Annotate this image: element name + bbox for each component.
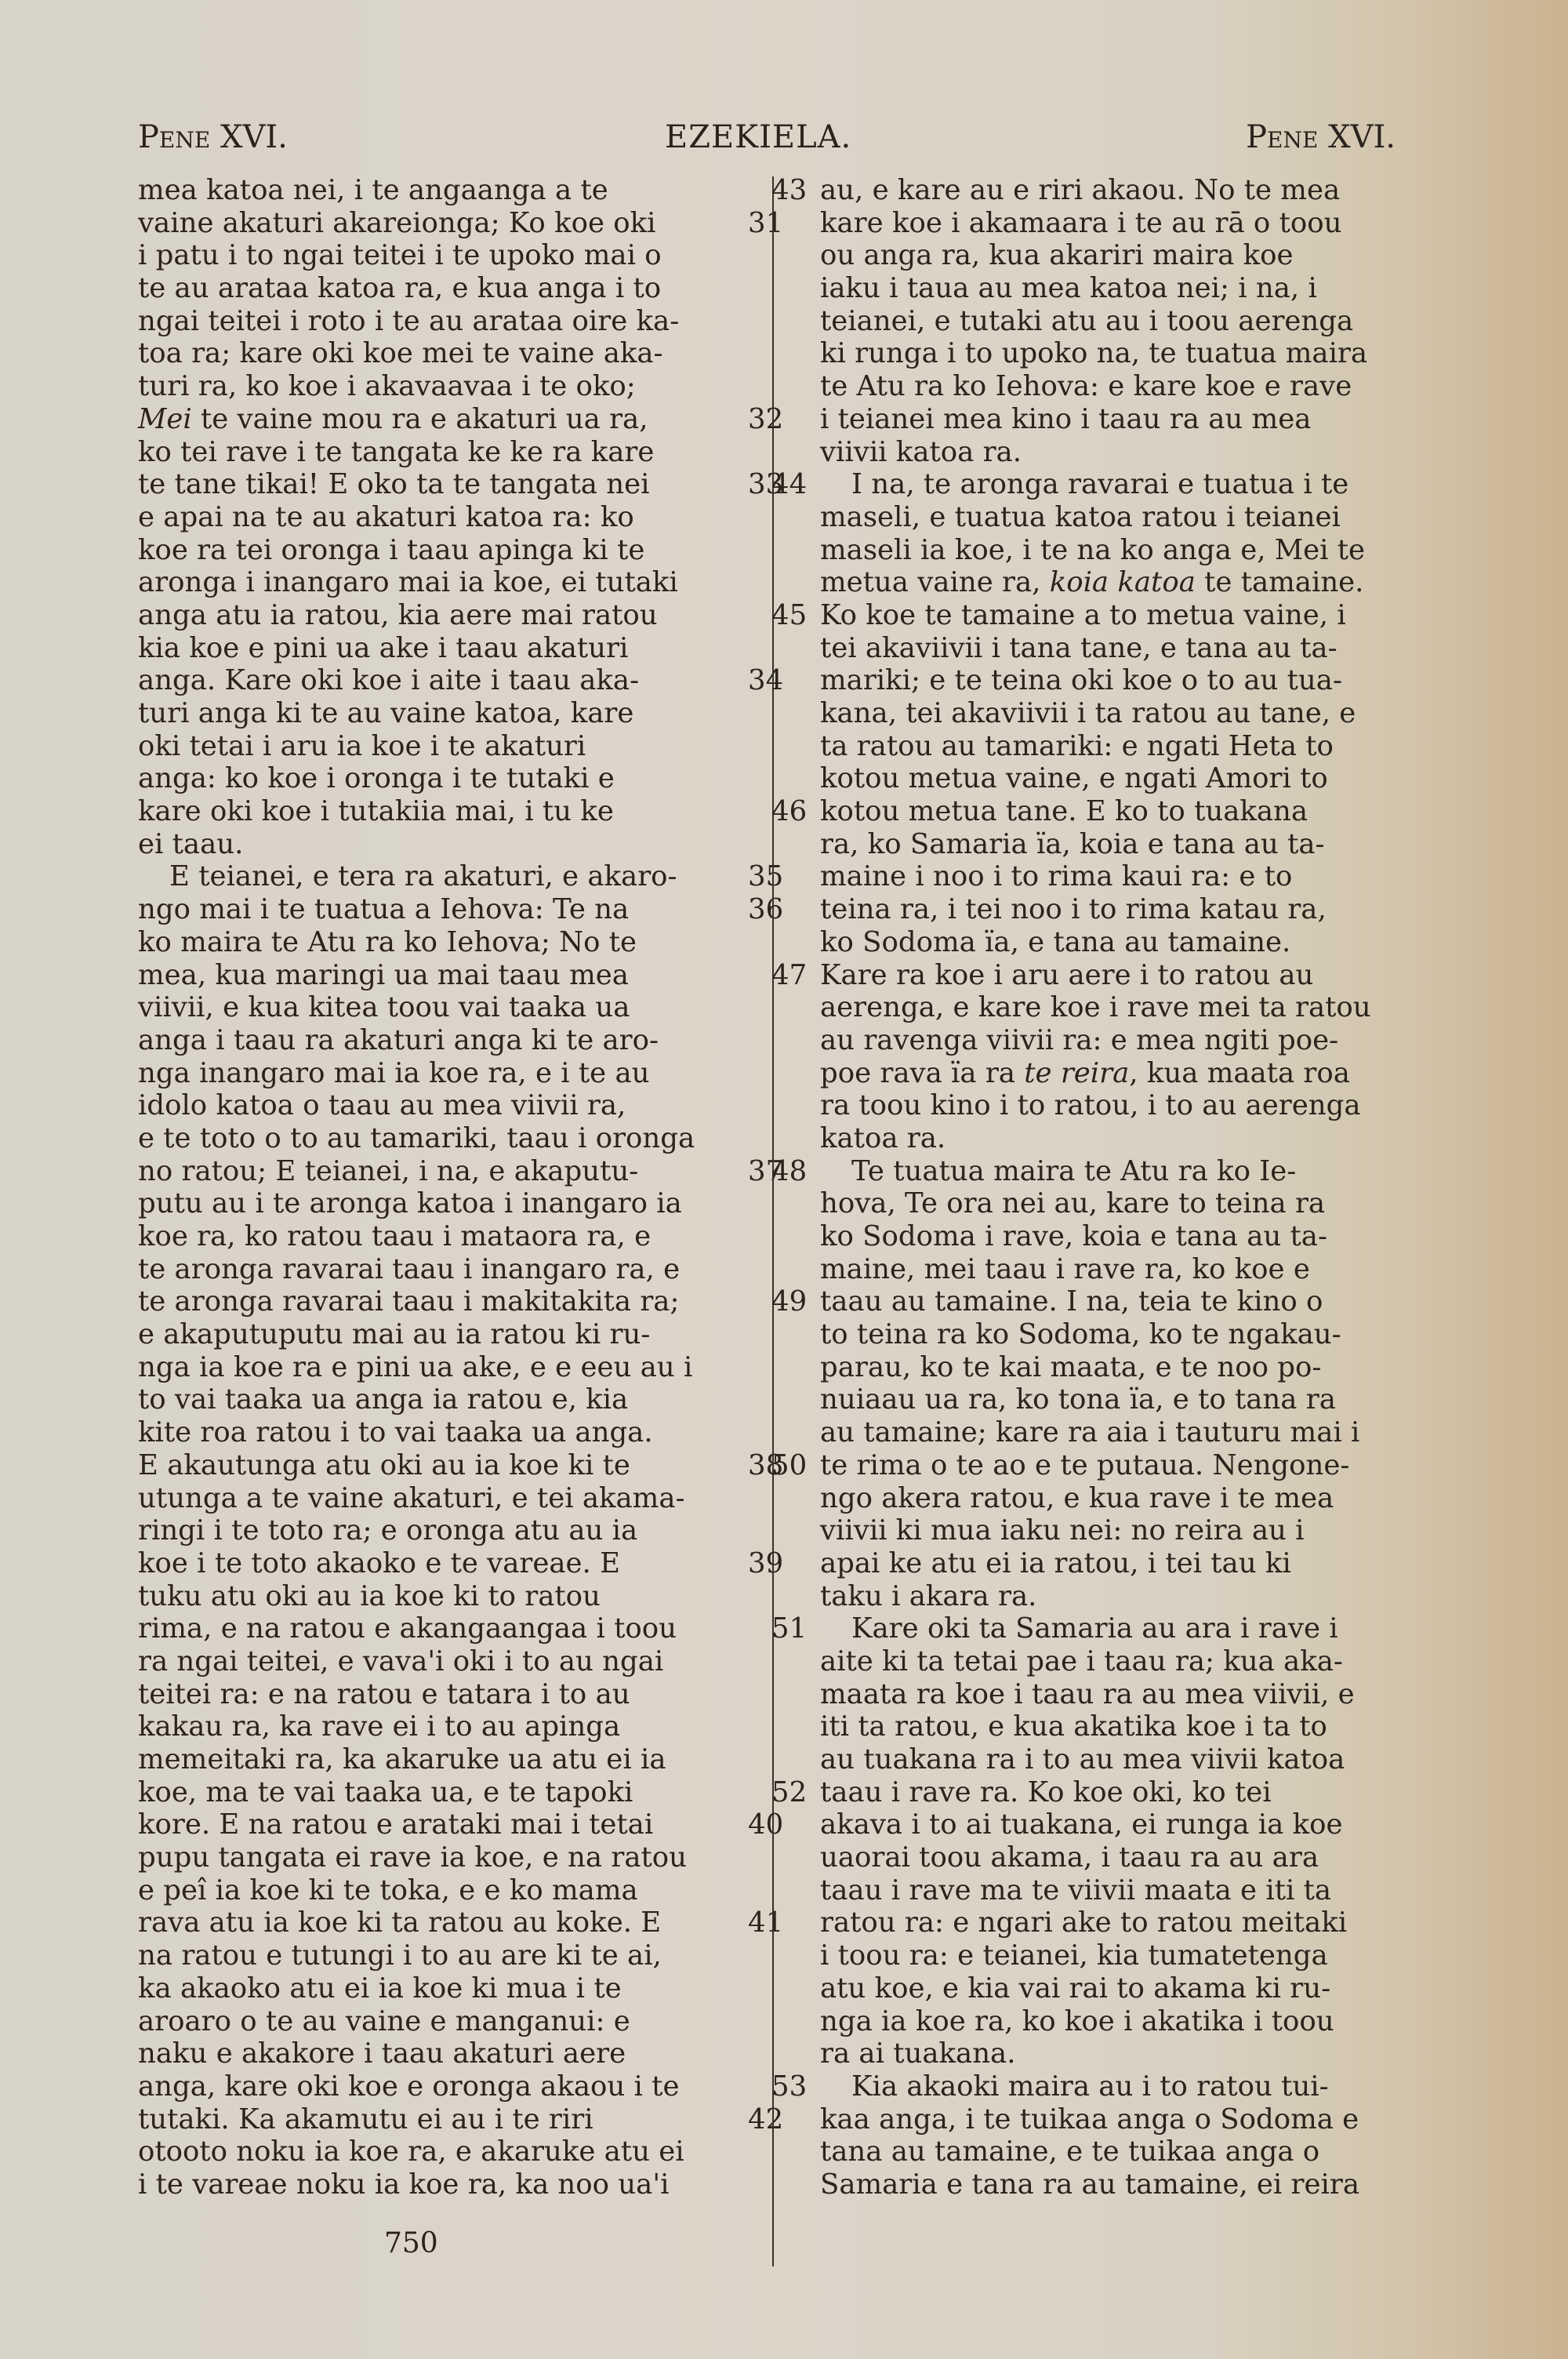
text-line: teitei ra: e na ratou e tatara i to au bbox=[138, 1678, 734, 1711]
line-text: taau i rave ra. Ko koe oki, ko tei bbox=[820, 1776, 1272, 1808]
text-line: koe ra tei oronga i taau apinga ki te bbox=[138, 534, 734, 567]
line-text: teina ra, i tei noo i to rima katau ra, bbox=[820, 893, 1327, 925]
text-line: ra ngai teitei, e vava'i oki i to au nga… bbox=[138, 1645, 734, 1678]
text-line: naku e akakore i taau akaturi aere bbox=[138, 2037, 734, 2070]
text-line: kotou metua vaine, e ngati Amori to bbox=[820, 762, 1403, 795]
line-text: taau au tamaine. I na, teia te kino o bbox=[820, 1285, 1323, 1318]
line-text: maine, mei taau i rave ra, ko koe e bbox=[820, 1253, 1310, 1285]
line-text: koe ra tei oronga i taau apinga ki te bbox=[138, 534, 644, 566]
text-line: Mei te vaine mou ra e akaturi ua ra,32 bbox=[138, 403, 734, 436]
text-line: au, e kare au e riri akaou. No te mea43 bbox=[820, 174, 1403, 207]
line-text: Samaria e tana ra au tamaine, ei reira bbox=[820, 2168, 1359, 2201]
line-text: taku i akara ra. bbox=[820, 1580, 1036, 1612]
text-line: toa ra; kare oki koe mei te vaine aka- bbox=[138, 337, 734, 370]
line-text: ngai teitei i roto i te au arataa oire k… bbox=[138, 305, 679, 337]
text-line: te rima o te ao e te putaua. Nengone-50 bbox=[820, 1449, 1403, 1482]
line-text: hova, Te ora nei au, kare to teina ra bbox=[820, 1187, 1325, 1219]
text-line: i teianei mea kino i taau ra au mea bbox=[820, 403, 1403, 436]
line-text: viivii katoa ra. bbox=[820, 436, 1022, 468]
text-line: Te tuatua maira te Atu ra ko Ie-48 bbox=[820, 1155, 1403, 1188]
text-line: kite roa ratou i to vai taaka ua anga. bbox=[138, 1416, 734, 1449]
line-text: kana, tei akaviivii i ta ratou au tane, … bbox=[820, 697, 1356, 729]
text-line: viivii, e kua kitea toou vai taaka ua bbox=[138, 991, 734, 1024]
verse-number: 39 bbox=[748, 1547, 783, 1580]
text-line: memeitaki ra, ka akaruke ua atu ei ia bbox=[138, 1743, 734, 1776]
line-text: ringi i te toto ra; e oronga atu au ia bbox=[138, 1514, 637, 1547]
text-line: teianei, e tutaki atu au i toou aerenga bbox=[820, 305, 1403, 338]
line-text: ngo mai i te tuatua a Iehova: Te na bbox=[138, 893, 629, 925]
line-text: akava i to ai tuakana, ei runga ia koe bbox=[820, 1808, 1343, 1841]
line-text: nga inangaro mai ia koe ra, e i te au bbox=[138, 1057, 649, 1089]
line-text: metua vaine ra, bbox=[820, 566, 1050, 598]
text-line: koe ra, ko ratou taau i mataora ra, e bbox=[138, 1220, 734, 1253]
line-text: i toou ra: e teianei, kia tumatetenga bbox=[820, 1939, 1328, 1972]
text-line: ngai teitei i roto i te au arataa oire k… bbox=[138, 305, 734, 338]
text-line: i patu i to ngai teitei i te upoko mai o bbox=[138, 239, 734, 272]
line-text: ko maira te Atu ra ko Iehova; No te bbox=[138, 926, 637, 958]
line-text: kare koe i akamaara i te au rā o toou bbox=[820, 207, 1341, 239]
verse-number: 49 bbox=[771, 1285, 807, 1318]
text-line: kaa anga, i te tuikaa anga o Sodoma e bbox=[820, 2103, 1403, 2136]
line-text: ratou ra: e ngari ake to ratou meitaki bbox=[820, 1906, 1347, 1939]
verse-number: 31 bbox=[748, 207, 783, 240]
text-line: ko tei rave i te tangata ke ke ra kare bbox=[138, 436, 734, 469]
line-text: kia koe e pini ua ake i taau akaturi bbox=[138, 632, 628, 664]
text-line: turi anga ki te au vaine katoa, kare bbox=[138, 697, 734, 730]
line-text: aroaro o te au vaine e manganui: e bbox=[138, 2005, 630, 2037]
line-text: ka akaoko atu ei ia koe ki mua i te bbox=[138, 1972, 622, 2005]
text-line: utunga a te vaine akaturi, e tei akama- bbox=[138, 1482, 734, 1515]
right-column: au, e kare au e riri akaou. No te mea43k… bbox=[820, 174, 1403, 2201]
line-text: mariki; e te teina oki koe o to au tua- bbox=[820, 664, 1342, 696]
text-line: taau au tamaine. I na, teia te kino o49 bbox=[820, 1285, 1403, 1318]
text-line: e peî ia koe ki te toka, e e ko mama bbox=[138, 1874, 734, 1907]
text-line: atu koe, e kia vai rai to akama ki ru- bbox=[820, 1972, 1403, 2005]
text-line: E akautunga atu oki au ia koe ki te38 bbox=[138, 1449, 734, 1482]
text-line: anga. Kare oki koe i aite i taau aka-34 bbox=[138, 664, 734, 697]
line-text: kotou metua tane. E ko to tuakana bbox=[820, 795, 1308, 827]
verse-number: 43 bbox=[771, 174, 807, 207]
text-line: viivii katoa ra. bbox=[820, 436, 1403, 469]
line-text: Kare oki ta Samaria au ara i rave i bbox=[851, 1612, 1338, 1645]
line-text: anga i taau ra akaturi anga ki te aro- bbox=[138, 1024, 659, 1056]
text-line: au ravenga viivii ra: e mea ngiti poe- bbox=[820, 1024, 1403, 1057]
line-text: oki tetai i aru ia koe i te akaturi bbox=[138, 730, 586, 762]
line-text: koe, ma te vai taaka ua, e te tapoki bbox=[138, 1776, 633, 1808]
text-line: anga atu ia ratou, kia aere mai ratou bbox=[138, 599, 734, 632]
text-line: tutaki. Ka akamutu ei au i te riri42 bbox=[138, 2103, 734, 2136]
line-text: te aronga ravarai taau i makitakita ra; bbox=[138, 1285, 679, 1318]
line-text: kakau ra, ka rave ei i to au apinga bbox=[138, 1710, 620, 1743]
text-line: te au arataa katoa ra, e kua anga i to bbox=[138, 272, 734, 305]
line-text: te Atu ra ko Iehova: e kare koe e rave bbox=[820, 370, 1352, 402]
line-text: ki runga i to upoko na, te tuatua maira bbox=[820, 337, 1367, 369]
text-line: poe rava ïa ra te reira, kua maata roa bbox=[820, 1057, 1403, 1090]
italic-text: te reira bbox=[1024, 1057, 1129, 1089]
line-text: ou anga ra, kua akariri maira koe bbox=[820, 239, 1294, 271]
text-line: ra, ko Samaria ïa, koia e tana au ta- bbox=[820, 828, 1403, 861]
line-text: aerenga, e kare koe i rave mei ta ratou bbox=[820, 991, 1371, 1023]
text-line: te Atu ra ko Iehova: e kare koe e rave bbox=[820, 370, 1403, 403]
text-line: ei taau. bbox=[138, 828, 734, 861]
text-line: maseli ia koe, i te na ko anga e, Mei te bbox=[820, 534, 1403, 567]
verse-number: 53 bbox=[771, 2070, 807, 2103]
text-line: ko Sodoma ïa, e tana au tamaine. bbox=[820, 926, 1403, 959]
text-line: au tuakana ra i to au mea viivii katoa bbox=[820, 1743, 1403, 1776]
page-number: 750 bbox=[384, 2227, 438, 2259]
text-line: tei akaviivii i tana tane, e tana au ta- bbox=[820, 632, 1403, 665]
text-line: E teianei, e tera ra akaturi, e akaro-35 bbox=[138, 860, 734, 893]
text-line: nga ia koe ra e pini ua ake, e e eeu au … bbox=[138, 1351, 734, 1384]
text-line: ou anga ra, kua akariri maira koe bbox=[820, 239, 1403, 272]
text-line: otooto noku ia koe ra, e akaruke atu ei bbox=[138, 2135, 734, 2168]
verse-number: 41 bbox=[748, 1906, 783, 1939]
line-text: iaku i taua au mea katoa nei; i na, i bbox=[820, 272, 1317, 304]
text-line: akava i to ai tuakana, ei runga ia koe bbox=[820, 1808, 1403, 1841]
line-text: pupu tangata ei rave ia koe, e na ratou bbox=[138, 1841, 687, 1874]
verse-number: 40 bbox=[748, 1808, 783, 1841]
text-line: anga, kare oki koe e oronga akaou i te bbox=[138, 2070, 734, 2103]
line-text: tuku atu oki au ia koe ki to ratou bbox=[138, 1580, 601, 1612]
line-text: E akautunga atu oki au ia koe ki te bbox=[138, 1449, 630, 1481]
text-line: teina ra, i tei noo i to rima katau ra, bbox=[820, 893, 1403, 926]
verse-number: 46 bbox=[771, 795, 807, 828]
text-line: ka akaoko atu ei ia koe ki mua i te bbox=[138, 1972, 734, 2005]
verse-number: 34 bbox=[748, 664, 783, 697]
line-text: viivii, e kua kitea toou vai taaka ua bbox=[138, 991, 630, 1023]
verse-number: 44 bbox=[771, 468, 807, 501]
text-line: metua vaine ra, koia katoa te tamaine. bbox=[820, 566, 1403, 599]
text-line: I na, te aronga ravarai e tuatua i te44 bbox=[820, 468, 1403, 501]
verse-number: 45 bbox=[771, 599, 807, 632]
text-line: aite ki ta tetai pae i taau ra; kua aka- bbox=[820, 1645, 1403, 1678]
text-line: mariki; e te teina oki koe o to au tua- bbox=[820, 664, 1403, 697]
line-text: au tamaine; kare ra aia i tauturu mai i bbox=[820, 1416, 1359, 1448]
text-line: Kia akaoki maira au i to ratou tui-53 bbox=[820, 2070, 1403, 2103]
line-text: toa ra; kare oki koe mei te vaine aka- bbox=[138, 337, 663, 369]
line-text: na ratou e tutungi i to au are ki te ai, bbox=[138, 1939, 662, 1972]
text-line: ringi i te toto ra; e oronga atu au ia bbox=[138, 1514, 734, 1547]
text-line: anga i taau ra akaturi anga ki te aro- bbox=[138, 1024, 734, 1057]
text-line: idolo katoa o taau au mea viivii ra, bbox=[138, 1089, 734, 1122]
text-line: ngo akera ratou, e kua rave i te mea bbox=[820, 1482, 1403, 1515]
line-text: mea, kua maringi ua mai taau mea bbox=[138, 959, 629, 991]
text-line: na ratou e tutungi i to au are ki te ai, bbox=[138, 1939, 734, 1972]
line-text: turi ra, ko koe i akavaavaa i te oko; bbox=[138, 370, 636, 402]
line-text: i te vareae noku ia koe ra, ka noo ua'i bbox=[138, 2168, 669, 2201]
text-line: Samaria e tana ra au tamaine, ei reira bbox=[820, 2168, 1403, 2201]
line-text: ko tei rave i te tangata ke ke ra kare bbox=[138, 436, 654, 468]
text-line: aronga i inangaro mai ia koe, ei tutaki bbox=[138, 566, 734, 599]
text-line: ratou ra: e ngari ake to ratou meitaki bbox=[820, 1906, 1403, 1939]
text-line: iaku i taua au mea katoa nei; i na, i bbox=[820, 272, 1403, 305]
text-line: kia koe e pini ua ake i taau akaturi bbox=[138, 632, 734, 665]
line-text: Te tuatua maira te Atu ra ko Ie- bbox=[851, 1155, 1296, 1187]
text-line: putu au i te aronga katoa i inangaro ia bbox=[138, 1187, 734, 1220]
text-line: Kare oki ta Samaria au ara i rave i51 bbox=[820, 1612, 1403, 1645]
text-line: mea, kua maringi ua mai taau mea bbox=[138, 959, 734, 992]
text-line: taku i akara ra. bbox=[820, 1580, 1403, 1613]
line-text: tana au tamaine, e te tuikaa anga o bbox=[820, 2135, 1319, 2168]
text-line: i toou ra: e teianei, kia tumatetenga bbox=[820, 1939, 1403, 1972]
line-text: viivii ki mua iaku nei: no reira au i bbox=[820, 1514, 1305, 1547]
text-line: taau i rave ra. Ko koe oki, ko tei52 bbox=[820, 1776, 1403, 1809]
text-line: e apai na te au akaturi katoa ra: ko bbox=[138, 501, 734, 534]
text-line: aerenga, e kare koe i rave mei ta ratou bbox=[820, 991, 1403, 1024]
line-text: e apai na te au akaturi katoa ra: ko bbox=[138, 501, 634, 533]
text-line: maine i noo i to rima kaui ra: e to bbox=[820, 860, 1403, 893]
text-line: maine, mei taau i rave ra, ko koe e bbox=[820, 1253, 1403, 1286]
line-text: ko Sodoma ïa, e tana au tamaine. bbox=[820, 926, 1290, 958]
line-text: i patu i to ngai teitei i te upoko mai o bbox=[138, 239, 662, 271]
line-text: ngo akera ratou, e kua rave i te mea bbox=[820, 1482, 1334, 1514]
text-line: au tamaine; kare ra aia i tauturu mai i bbox=[820, 1416, 1403, 1449]
text-line: to vai taaka ua anga ia ratou e, kia bbox=[138, 1383, 734, 1416]
verse-number: 52 bbox=[771, 1776, 807, 1809]
text-line: ra toou kino i to ratou, i to au aerenga bbox=[820, 1089, 1403, 1122]
text-line: kana, tei akaviivii i ta ratou au tane, … bbox=[820, 697, 1403, 730]
text-line: ko Sodoma i rave, koia e tana au ta- bbox=[820, 1220, 1403, 1253]
line-text: rava atu ia koe ki ta ratou au koke. E bbox=[138, 1906, 661, 1939]
line-text: maseli ia koe, i te na ko anga e, Mei te bbox=[820, 534, 1365, 566]
line-text: koe ra, ko ratou taau i mataora ra, e bbox=[138, 1220, 651, 1252]
line-text: kaa anga, i te tuikaa anga o Sodoma e bbox=[820, 2103, 1359, 2135]
line-text: nga ia koe ra, ko koe i akatika i toou bbox=[820, 2005, 1334, 2037]
text-line: aroaro o te au vaine e manganui: e bbox=[138, 2005, 734, 2038]
line-text: to teina ra ko Sodoma, ko te ngakau- bbox=[820, 1318, 1341, 1350]
line-text: idolo katoa o taau au mea viivii ra, bbox=[138, 1089, 626, 1121]
line-text: memeitaki ra, ka akaruke ua atu ei ia bbox=[138, 1743, 666, 1776]
text-line: taau i rave ma te viivii maata e iti ta bbox=[820, 1874, 1403, 1907]
running-head-right: Pene XVI. bbox=[1246, 118, 1396, 157]
text-line: katoa ra. bbox=[820, 1122, 1403, 1155]
text-line: kare koe i akamaara i te au rā o toou bbox=[820, 207, 1403, 240]
line-text: au ravenga viivii ra: e mea ngiti poe- bbox=[820, 1024, 1338, 1056]
text-line: rima, e na ratou e akangaangaa i toou bbox=[138, 1612, 734, 1645]
text-line: kore. E na ratou e arataki mai i tetai40 bbox=[138, 1808, 734, 1841]
text-line: maata ra koe i taau ra au mea viivii, e bbox=[820, 1678, 1403, 1711]
text-line: ko maira te Atu ra ko Iehova; No te bbox=[138, 926, 734, 959]
text-line: tana au tamaine, e te tuikaa anga o bbox=[820, 2135, 1403, 2168]
text-line: pupu tangata ei rave ia koe, e na ratou bbox=[138, 1841, 734, 1874]
text-line: e akaputuputu mai au ia ratou ki ru- bbox=[138, 1318, 734, 1351]
line-text: ei taau. bbox=[138, 828, 243, 860]
line-text: ra, ko Samaria ïa, koia e tana au ta- bbox=[820, 828, 1325, 860]
line-text: uaorai toou akama, i taau ra au ara bbox=[820, 1841, 1319, 1874]
line-text: katoa ra. bbox=[820, 1122, 946, 1154]
text-line: ngo mai i te tuatua a Iehova: Te na36 bbox=[138, 893, 734, 926]
line-text: kite roa ratou i to vai taaka ua anga. bbox=[138, 1416, 653, 1448]
italic-text: Mei bbox=[138, 403, 192, 435]
line-text: turi anga ki te au vaine katoa, kare bbox=[138, 697, 633, 729]
line-text: rima, e na ratou e akangaangaa i toou bbox=[138, 1612, 677, 1645]
text-line: te aronga ravarai taau i makitakita ra; bbox=[138, 1285, 734, 1318]
verse-number: 50 bbox=[771, 1449, 807, 1482]
text-line: turi ra, ko koe i akavaavaa i te oko; bbox=[138, 370, 734, 403]
verse-number: 48 bbox=[771, 1155, 807, 1188]
line-text: te rima o te ao e te putaua. Nengone- bbox=[820, 1449, 1349, 1481]
text-line: oki tetai i aru ia koe i te akaturi bbox=[138, 730, 734, 763]
text-line: te tane tikai! E oko ta te tangata nei33 bbox=[138, 468, 734, 501]
text-line: nga inangaro mai ia koe ra, e i te au bbox=[138, 1057, 734, 1090]
text-line: nuiaau ua ra, ko tona ïa, e to tana ra bbox=[820, 1383, 1403, 1416]
line-text: aite ki ta tetai pae i taau ra; kua aka- bbox=[820, 1645, 1343, 1677]
line-text: atu koe, e kia vai rai to akama ki ru- bbox=[820, 1972, 1330, 2005]
line-text: kotou metua vaine, e ngati Amori to bbox=[820, 762, 1328, 794]
text-line: koe i te toto akaoko e te vareae. E39 bbox=[138, 1547, 734, 1580]
text-line: maseli, e tuatua katoa ratou i teianei bbox=[820, 501, 1403, 534]
line-text: maine i noo i to rima kaui ra: e to bbox=[820, 860, 1292, 892]
line-text: putu au i te aronga katoa i inangaro ia bbox=[138, 1187, 682, 1219]
line-text: Ko koe te tamaine a to metua vaine, i bbox=[820, 599, 1346, 631]
verse-number: 51 bbox=[771, 1612, 807, 1645]
line-text: maata ra koe i taau ra au mea viivii, e bbox=[820, 1678, 1355, 1710]
text-line: ra ai tuakana. bbox=[820, 2037, 1403, 2070]
line-text: teianei, e tutaki atu au i toou aerenga bbox=[820, 305, 1353, 337]
text-line: tuku atu oki au ia koe ki to ratou bbox=[138, 1580, 734, 1613]
line-text: ta ratou au tamariki: e ngati Heta to bbox=[820, 730, 1334, 762]
text-line: no ratou; E teianei, i na, e akaputu-37 bbox=[138, 1155, 734, 1188]
text-line: mea katoa nei, i te angaanga a te bbox=[138, 174, 734, 207]
line-text: utunga a te vaine akaturi, e tei akama- bbox=[138, 1482, 685, 1514]
text-line: i te vareae noku ia koe ra, ka noo ua'i bbox=[138, 2168, 734, 2201]
verse-number: 32 bbox=[748, 403, 783, 436]
line-text: anga. Kare oki koe i aite i taau aka- bbox=[138, 664, 639, 696]
line-text: te au arataa katoa ra, e kua anga i to bbox=[138, 272, 661, 304]
line-text: koe i te toto akaoko e te vareae. E bbox=[138, 1547, 620, 1579]
text-line: kotou metua tane. E ko to tuakana46 bbox=[820, 795, 1403, 828]
text-line: vaine akaturi akareionga; Ko koe oki31 bbox=[138, 207, 734, 240]
line-text: Kia akaoki maira au i to ratou tui- bbox=[851, 2070, 1329, 2103]
text-line: kare oki koe i tutakiia mai, i tu ke bbox=[138, 795, 734, 828]
line-text: e akaputuputu mai au ia ratou ki ru- bbox=[138, 1318, 650, 1350]
book-page: Pene XVI. EZEKIELA. Pene XVI. mea katoa … bbox=[0, 0, 1568, 2359]
line-text: ra ngai teitei, e vava'i oki i to au nga… bbox=[138, 1645, 663, 1677]
running-head: Pene XVI. EZEKIELA. Pene XVI. bbox=[138, 118, 1396, 157]
verse-number: 36 bbox=[748, 893, 783, 926]
text-line: to teina ra ko Sodoma, ko te ngakau- bbox=[820, 1318, 1403, 1351]
line-text: ko Sodoma i rave, koia e tana au ta- bbox=[820, 1220, 1327, 1252]
line-text: otooto noku ia koe ra, e akaruke atu ei bbox=[138, 2135, 684, 2168]
line-text: ra ai tuakana. bbox=[820, 2037, 1016, 2070]
line-text: maseli, e tuatua katoa ratou i teianei bbox=[820, 501, 1341, 533]
line-text: au tuakana ra i to au mea viivii katoa bbox=[820, 1743, 1345, 1776]
verse-number: 42 bbox=[748, 2103, 783, 2136]
line-text: apai ke atu ei ia ratou, i tei tau ki bbox=[820, 1547, 1291, 1579]
line-text: anga atu ia ratou, kia aere mai ratou bbox=[138, 599, 658, 631]
line-text: E teianei, e tera ra akaturi, e akaro- bbox=[169, 860, 677, 892]
line-text: i teianei mea kino i taau ra au mea bbox=[820, 403, 1311, 435]
left-column: mea katoa nei, i te angaanga a tevaine a… bbox=[138, 174, 734, 2201]
line-text: kare oki koe i tutakiia mai, i tu ke bbox=[138, 795, 614, 827]
line-text: ra toou kino i to ratou, i to au aerenga bbox=[820, 1089, 1361, 1121]
line-text: aronga i inangaro mai ia koe, ei tutaki bbox=[138, 566, 678, 598]
line-text: kore. E na ratou e arataki mai i tetai bbox=[138, 1808, 653, 1841]
line-text: I na, te aronga ravarai e tuatua i te bbox=[851, 468, 1348, 500]
text-line: Kare ra koe i aru aere i to ratou au47 bbox=[820, 959, 1403, 992]
line-text: teitei ra: e na ratou e tatara i to au bbox=[138, 1678, 630, 1710]
line-text: parau, ko te kai maata, e te noo po- bbox=[820, 1351, 1321, 1383]
verse-number: 47 bbox=[771, 959, 807, 992]
line-text: taau i rave ma te viivii maata e iti ta bbox=[820, 1874, 1331, 1906]
text-line: iti ta ratou, e kua akatika koe i ta to bbox=[820, 1710, 1403, 1743]
line-text: anga: ko koe i oronga i te tutaki e bbox=[138, 762, 615, 794]
text-line: apai ke atu ei ia ratou, i tei tau ki bbox=[820, 1547, 1403, 1580]
text-line: ta ratou au tamariki: e ngati Heta to bbox=[820, 730, 1403, 763]
line-text: e peî ia koe ki te toka, e e ko mama bbox=[138, 1874, 638, 1906]
line-text: te aronga ravarai taau i inangaro ra, e bbox=[138, 1253, 680, 1285]
line-text: anga, kare oki koe e oronga akaou i te bbox=[138, 2070, 679, 2103]
running-head-left: Pene XVI. bbox=[138, 118, 288, 157]
text-line: anga: ko koe i oronga i te tutaki e bbox=[138, 762, 734, 795]
text-line: parau, ko te kai maata, e te noo po- bbox=[820, 1351, 1403, 1384]
line-text: tei akaviivii i tana tane, e tana au ta- bbox=[820, 632, 1338, 664]
line-text: Kare ra koe i aru aere i to ratou au bbox=[820, 959, 1313, 991]
verse-number: 35 bbox=[748, 860, 783, 893]
line-text: nuiaau ua ra, ko tona ïa, e to tana ra bbox=[820, 1383, 1336, 1416]
line-text: naku e akakore i taau akaturi aere bbox=[138, 2037, 626, 2070]
running-head-book-title: EZEKIELA. bbox=[665, 118, 851, 157]
text-line: viivii ki mua iaku nei: no reira au i bbox=[820, 1514, 1403, 1547]
text-line: uaorai toou akama, i taau ra au ara bbox=[820, 1841, 1403, 1874]
line-text: au, e kare au e riri akaou. No te mea bbox=[820, 174, 1340, 206]
text-line: kakau ra, ka rave ei i to au apinga bbox=[138, 1710, 734, 1743]
italic-text: koia katoa bbox=[1050, 566, 1196, 598]
line-text: vaine akaturi akareionga; Ko koe oki bbox=[138, 207, 656, 239]
text-line: koe, ma te vai taaka ua, e te tapoki bbox=[138, 1776, 734, 1809]
text-line: rava atu ia koe ki ta ratou au koke. E41 bbox=[138, 1906, 734, 1939]
text-line: nga ia koe ra, ko koe i akatika i toou bbox=[820, 2005, 1403, 2038]
line-text: to vai taaka ua anga ia ratou e, kia bbox=[138, 1383, 628, 1416]
text-line: Ko koe te tamaine a to metua vaine, i45 bbox=[820, 599, 1403, 632]
text-line: e te toto o to au tamariki, taau i orong… bbox=[138, 1122, 734, 1155]
line-text: mea katoa nei, i te angaanga a te bbox=[138, 174, 608, 206]
line-text: tutaki. Ka akamutu ei au i te riri bbox=[138, 2103, 593, 2135]
text-line: te aronga ravarai taau i inangaro ra, e bbox=[138, 1253, 734, 1286]
text-line: hova, Te ora nei au, kare to teina ra bbox=[820, 1187, 1403, 1220]
line-text: no ratou; E teianei, i na, e akaputu- bbox=[138, 1155, 638, 1187]
line-text: e te toto o to au tamariki, taau i orong… bbox=[138, 1122, 695, 1154]
text-line: ki runga i to upoko na, te tuatua maira bbox=[820, 337, 1403, 370]
line-text: iti ta ratou, e kua akatika koe i ta to bbox=[820, 1710, 1327, 1743]
line-text: nga ia koe ra e pini ua ake, e e eeu au … bbox=[138, 1351, 692, 1383]
line-text: te tane tikai! E oko ta te tangata nei bbox=[138, 468, 650, 500]
line-text: poe rava ïa ra bbox=[820, 1057, 1024, 1089]
